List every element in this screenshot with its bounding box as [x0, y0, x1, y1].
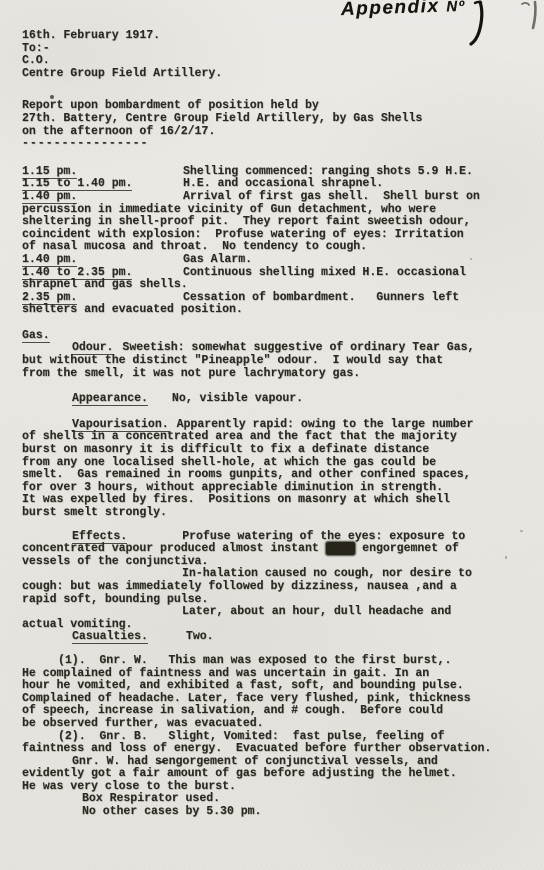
odour-paragraph: Odour.Sweetish: somewhat suggestive of o… — [22, 342, 534, 380]
gas-heading: Gas. — [22, 329, 50, 343]
date-line: 16th. February 1917. — [22, 0, 534, 43]
casualties-heading: Casualties. — [72, 630, 148, 644]
casualties-count: Two. — [186, 630, 214, 643]
effects-paragraph: Effects.Profuse watering of the eyes: ex… — [22, 531, 534, 569]
later-symptoms-paragraph: Later, about an hour, dull headache and … — [22, 606, 534, 631]
entry-text: H.E. and occasional shrapnel. — [183, 177, 383, 190]
inhalation-paragraph: In-halation caused no cough, nor desire … — [22, 568, 534, 606]
to-label: To:- — [22, 43, 534, 56]
casualties-section: Casualties.Two. (1). Gnr. W. This man wa… — [22, 631, 534, 818]
entry-time: 1.40 pm. — [22, 253, 77, 267]
addressee-unit: Centre Group Field Artillery. — [22, 68, 534, 81]
entry-text: Shelling commenced: ranging shots 5.9 H.… — [183, 165, 473, 178]
title-line-2: 27th. Battery, Centre Group Field Artill… — [22, 113, 534, 126]
timeline-entry: 2.35 pm.Cessation of bombardment. Gunner… — [22, 292, 534, 317]
document-body: 16th. February 1917. To:- C.O. Centre Gr… — [22, 0, 534, 819]
bombardment-timeline: 1.15 pm.Shelling commenced: ranging shot… — [22, 166, 534, 317]
casualties-heading-line: Casualties.Two. — [22, 631, 534, 644]
vapourisation-text: Apparently rapid: owing to the large num… — [22, 418, 473, 519]
title-divider: ---------------- — [22, 138, 534, 151]
entry-time-column: 1.40 pm. — [22, 254, 183, 267]
vapourisation-paragraph: Vapourisation.Apparently rapid: owing to… — [22, 419, 534, 520]
appearance-label: Appearance. — [72, 392, 148, 406]
casualty-case-1: (1). Gnr. W. This man was exposed to the… — [22, 655, 534, 731]
overstruck-word: eeng — [326, 542, 356, 555]
casualty-case-2: (2). Gnr. B. Slight, Vomited: fast pulse… — [22, 731, 534, 756]
addressee-co: C.O. — [22, 55, 534, 68]
report-title: Report upon bombardment of position held… — [22, 100, 534, 150]
entry-text: Gas Alarm. — [183, 253, 252, 266]
scanned-report-page: Appendix Nº 16th. February 1917. To:- C.… — [0, 0, 544, 870]
timeline-entry: 1.40 pm.Arrival of first gas shell. Shel… — [22, 191, 534, 254]
gas-section: Gas. Odour.Sweetish: somewhat suggestive… — [22, 330, 534, 631]
casualty-note: Gnr. W. had s̶engorgement of conjunctiva… — [22, 756, 534, 794]
timeline-entry: 1.40 to 2.35 pm.Continuous shelling mixe… — [22, 267, 534, 292]
appearance-text: No, visible vapour. — [172, 392, 303, 405]
appearance-paragraph: Appearance.No, visible vapour. — [22, 393, 534, 406]
closing-line: No other cases by 5.30 pm. — [82, 806, 534, 819]
